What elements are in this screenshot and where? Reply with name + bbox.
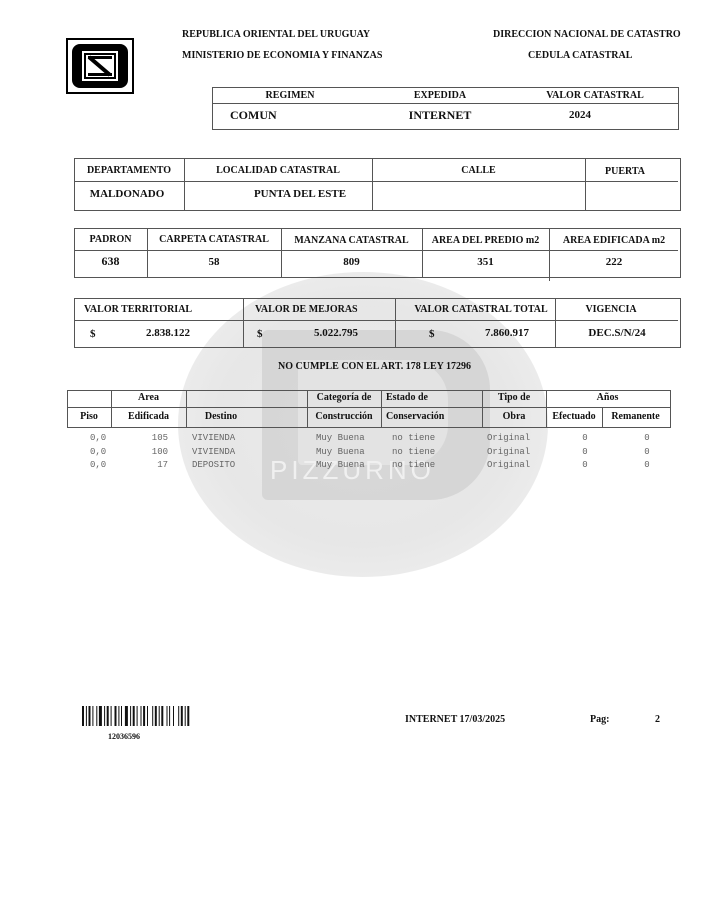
valuation-header-territorial: VALOR TERRITORIAL: [84, 304, 234, 315]
summary-expedida-value: INTERNET: [380, 108, 500, 123]
summary-header-expedida: EXPEDIDA: [380, 90, 500, 101]
building-cell-remanente: 0: [632, 433, 662, 443]
building-cell-tipo: Original: [487, 447, 557, 457]
parcel-area-predio-value: 351: [422, 256, 549, 268]
buildings-header-categoria-top: Categoría de: [307, 392, 381, 403]
valuation-header-vigencia: VIGENCIA: [555, 304, 667, 315]
valuation-header-total: VALOR CATASTRAL TOTAL: [395, 304, 567, 315]
location-header-puerta: PUERTA: [585, 166, 665, 177]
location-header-departamento: DEPARTAMENTO: [74, 165, 184, 176]
parcel-header-manzana: MANZANA CATASTRAL: [281, 235, 422, 246]
valuation-territorial-currency: $: [90, 328, 100, 340]
valuation-mejoras-currency: $: [257, 328, 267, 340]
building-cell-area: 100: [110, 447, 168, 457]
building-cell-tipo: Original: [487, 460, 557, 470]
header-ministry: MINISTERIO DE ECONOMIA Y FINANZAS: [182, 50, 382, 61]
building-cell-estado: no tiene: [392, 460, 472, 470]
valuation-total-value: 7.860.917: [485, 327, 565, 339]
location-header-calle: CALLE: [372, 165, 585, 176]
parcel-manzana-value: 809: [281, 256, 422, 268]
building-cell-area: 105: [110, 433, 168, 443]
building-cell-piso: 0,0: [90, 460, 110, 470]
valuation-header-mejoras: VALOR DE MEJORAS: [255, 304, 395, 315]
building-cell-efectuado: 0: [570, 460, 600, 470]
location-departamento-value: MALDONADO: [74, 188, 180, 200]
building-cell-categoria: Muy Buena: [316, 460, 386, 470]
buildings-header-estado-top: Estado de: [386, 392, 476, 403]
summary-regimen-value: COMUN: [230, 108, 280, 123]
page-number: 2: [655, 714, 660, 725]
barcode-icon: [82, 706, 238, 726]
buildings-header-remanente: Remanente: [602, 411, 669, 422]
valuation-territorial-value: 2.838.122: [140, 327, 236, 339]
location-header-localidad: LOCALIDAD CATASTRAL: [184, 165, 372, 176]
parcel-area-edificada-value: 222: [549, 256, 679, 268]
buildings-header-construccion: Construcción: [307, 411, 381, 422]
building-cell-estado: no tiene: [392, 447, 472, 457]
building-cell-estado: no tiene: [392, 433, 472, 443]
parcel-header-area-edificada: AREA EDIFICADA m2: [549, 235, 679, 246]
parcel-header-carpeta: CARPETA CATASTRAL: [147, 234, 281, 245]
buildings-header-conservacion: Conservación: [386, 411, 482, 422]
buildings-header-area-top: Area: [111, 392, 186, 403]
buildings-header-tipo-top: Tipo de: [482, 392, 546, 403]
building-cell-piso: 0,0: [90, 433, 110, 443]
header-republic: REPUBLICA ORIENTAL DEL URUGUAY: [182, 29, 370, 40]
parcel-header-area-predio: AREA DEL PREDIO m2: [422, 235, 549, 246]
building-cell-categoria: Muy Buena: [316, 447, 386, 457]
header-document-title: CEDULA CATASTRAL: [528, 50, 632, 61]
parcel-padron-value: 638: [74, 254, 147, 269]
summary-header-regimen: REGIMEN: [230, 90, 350, 101]
building-cell-efectuado: 0: [570, 433, 600, 443]
valuation-total-currency: $: [429, 328, 439, 340]
building-cell-piso: 0,0: [90, 447, 110, 457]
parcel-carpeta-value: 58: [147, 256, 281, 268]
buildings-header-efectuado: Efectuado: [546, 411, 602, 422]
compliance-notice: NO CUMPLE CON EL ART. 178 LEY 17296: [278, 361, 471, 372]
buildings-header-destino: Destino: [186, 411, 256, 422]
building-cell-destino: VIVIENDA: [192, 447, 282, 457]
catastro-logo-icon: [66, 38, 134, 94]
summary-valor-catastral-value: 2024: [520, 109, 640, 121]
buildings-header-obra: Obra: [482, 411, 546, 422]
header-direction: DIRECCION NACIONAL DE CATASTRO: [493, 29, 681, 40]
buildings-header-piso: Piso: [67, 411, 111, 422]
building-cell-destino: DEPOSITO: [192, 460, 282, 470]
building-cell-tipo: Original: [487, 433, 557, 443]
buildings-header-anos: Años: [546, 392, 669, 403]
building-cell-remanente: 0: [632, 447, 662, 457]
building-cell-destino: VIVIENDA: [192, 433, 282, 443]
parcel-header-padron: PADRON: [74, 234, 147, 245]
building-cell-categoria: Muy Buena: [316, 433, 386, 443]
issued-date: INTERNET 17/03/2025: [405, 714, 505, 725]
page-label: Pag:: [590, 714, 609, 725]
building-cell-remanente: 0: [632, 460, 662, 470]
building-cell-efectuado: 0: [570, 447, 600, 457]
location-localidad-value: PUNTA DEL ESTE: [210, 188, 390, 200]
building-cell-area: 17: [110, 460, 168, 470]
valuation-mejoras-value: 5.022.795: [314, 327, 394, 339]
buildings-header-edificada: Edificada: [111, 411, 186, 422]
barcode-number: 12036596: [108, 732, 140, 741]
valuation-vigencia-value: DEC.S/N/24: [555, 327, 679, 339]
summary-header-valor-catastral: VALOR CATASTRAL: [520, 90, 670, 101]
